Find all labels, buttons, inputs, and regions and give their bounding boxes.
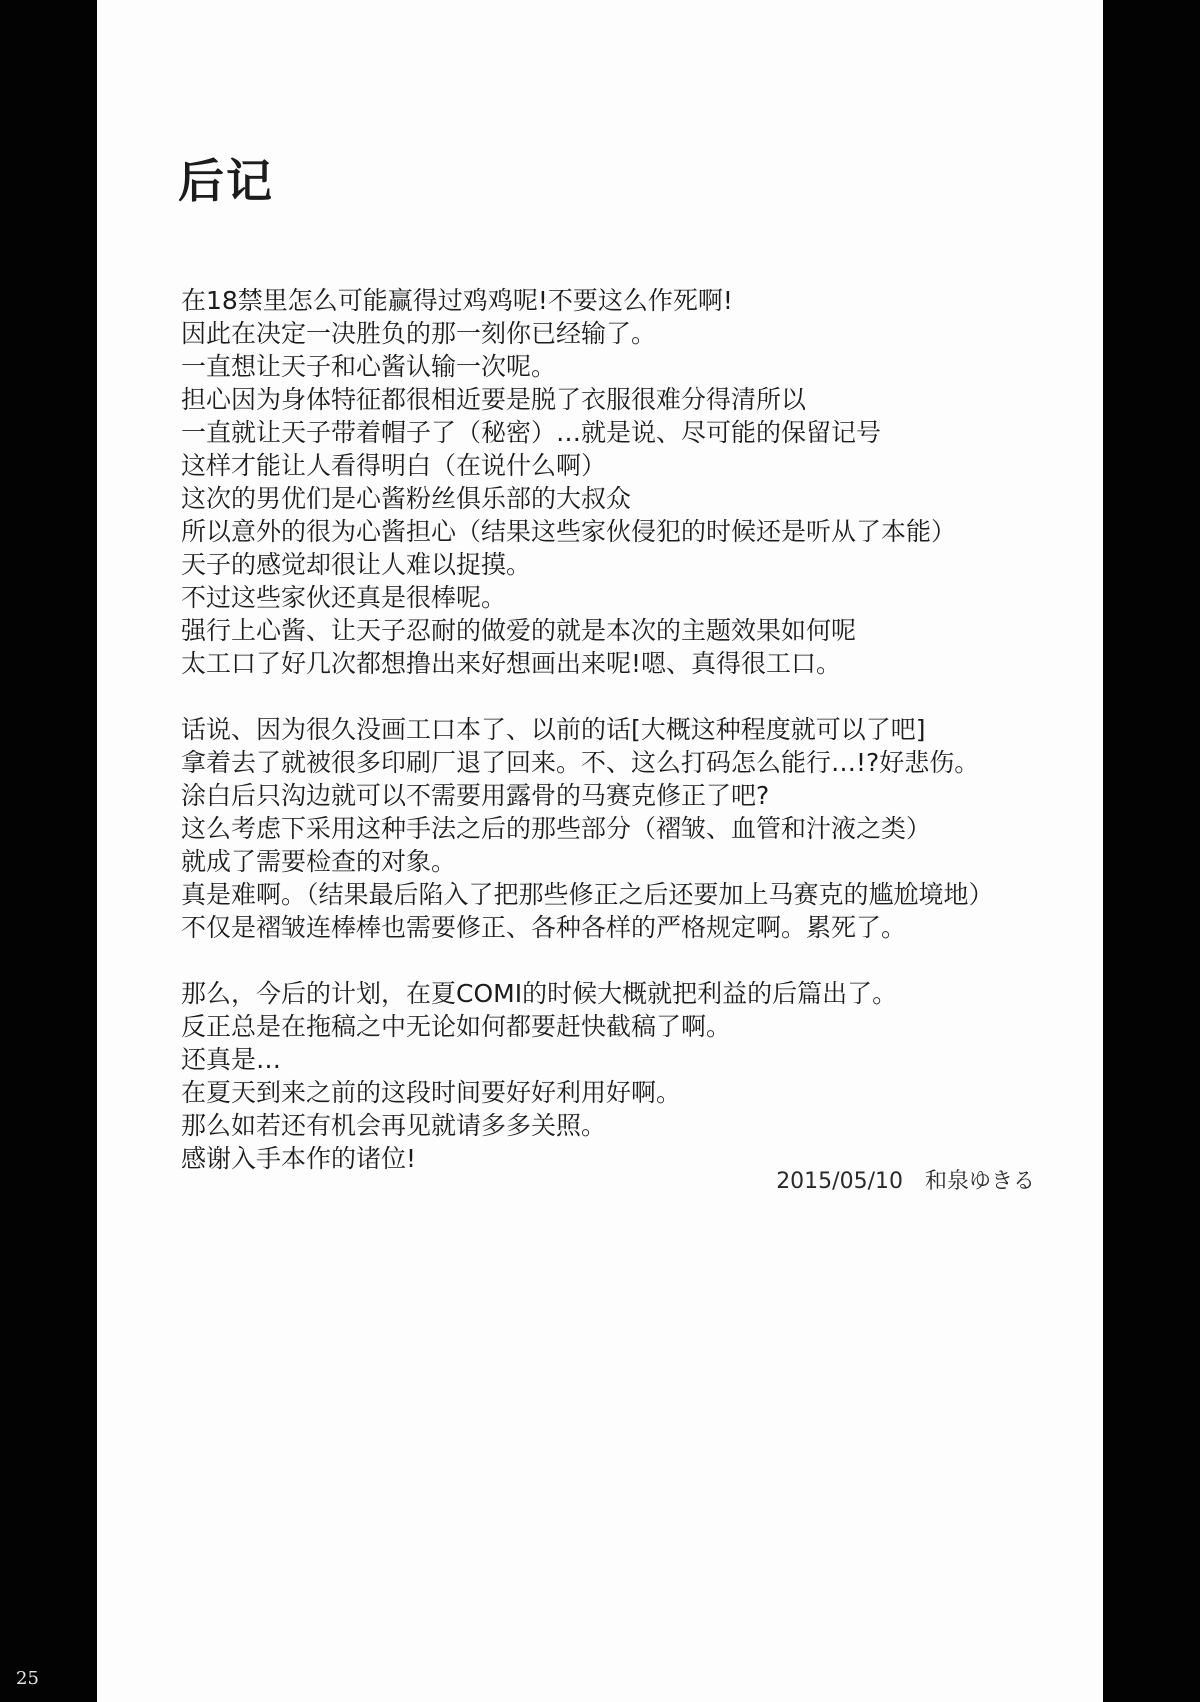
text-line: 不仅是褶皱连棒棒也需要修正、各种各样的严格规定啊。累死了。: [181, 911, 1041, 944]
text-line: 话说、因为很久没画工口本了、以前的话[大概这种程度就可以了吧]: [181, 713, 1041, 746]
text-line: 拿着去了就被很多印刷厂退了回来。不、这么打码怎么能行…!?好悲伤。: [181, 746, 1041, 779]
right-black-gutter: [1103, 0, 1200, 1702]
text-line: 担心因为身体特征都很相近要是脱了衣服很难分得清所以: [181, 383, 1041, 416]
text-line: 就成了需要检查的对象。: [181, 845, 1041, 878]
text-line: 这么考虑下采用这种手法之后的那些部分（褶皱、血管和汁液之类）: [181, 812, 1041, 845]
left-black-gutter: [0, 0, 97, 1702]
text-line: 天子的感觉却很让人难以捉摸。: [181, 548, 1041, 581]
paragraph-2: 话说、因为很久没画工口本了、以前的话[大概这种程度就可以了吧]拿着去了就被很多印…: [181, 713, 1041, 944]
page-title: 后记: [178, 145, 274, 211]
text-line: 在夏天到来之前的这段时间要好好利用好啊。: [181, 1076, 1041, 1109]
afterword-page: 25 后记 在18禁里怎么可能赢得过鸡鸡呢!不要这么作死啊!因此在决定一决胜负的…: [0, 0, 1200, 1702]
text-line: 这次的男优们是心酱粉丝俱乐部的大叔众: [181, 482, 1041, 515]
text-line: 不过这些家伙还真是很棒呢。: [181, 581, 1041, 614]
text-line: 那么如若还有机会再见就请多多关照。: [181, 1109, 1041, 1142]
page-number: 25: [16, 1668, 39, 1690]
text-line: 因此在决定一决胜负的那一刻你已经输了。: [181, 317, 1041, 350]
text-line: 一直想让天子和心酱认输一次呢。: [181, 350, 1041, 383]
text-line: 在18禁里怎么可能赢得过鸡鸡呢!不要这么作死啊!: [181, 284, 1041, 317]
text-line: 还真是…: [181, 1043, 1041, 1076]
date-author-signature: 2015/05/10 和泉ゆきる: [776, 1169, 1035, 1195]
paragraph-3: 那么，今后的计划，在夏COMI的时候大概就把利益的后篇出了。反正总是在拖稿之中无…: [181, 977, 1041, 1175]
text-line: 强行上心酱、让天子忍耐的做爱的就是本次的主题效果如何呢: [181, 614, 1041, 647]
text-line: 涂白后只沟边就可以不需要用露骨的马赛克修正了吧?: [181, 779, 1041, 812]
text-line: 反正总是在拖稿之中无论如何都要赶快截稿了啊。: [181, 1010, 1041, 1043]
text-line: 一直就让天子带着帽子了（秘密）…就是说、尽可能的保留记号: [181, 416, 1041, 449]
text-line: 这样才能让人看得明白（在说什么啊）: [181, 449, 1041, 482]
text-line: 那么，今后的计划，在夏COMI的时候大概就把利益的后篇出了。: [181, 977, 1041, 1010]
text-line: 真是难啊。（结果最后陷入了把那些修正之后还要加上马赛克的尴尬境地）: [181, 878, 1041, 911]
text-line: 太工口了好几次都想撸出来好想画出来呢!嗯、真得很工口。: [181, 647, 1041, 680]
text-line: 所以意外的很为心酱担心（结果这些家伙侵犯的时候还是听从了本能）: [181, 515, 1041, 548]
afterword-body: 在18禁里怎么可能赢得过鸡鸡呢!不要这么作死啊!因此在决定一决胜负的那一刻你已经…: [181, 284, 1041, 1175]
paragraph-1: 在18禁里怎么可能赢得过鸡鸡呢!不要这么作死啊!因此在决定一决胜负的那一刻你已经…: [181, 284, 1041, 680]
